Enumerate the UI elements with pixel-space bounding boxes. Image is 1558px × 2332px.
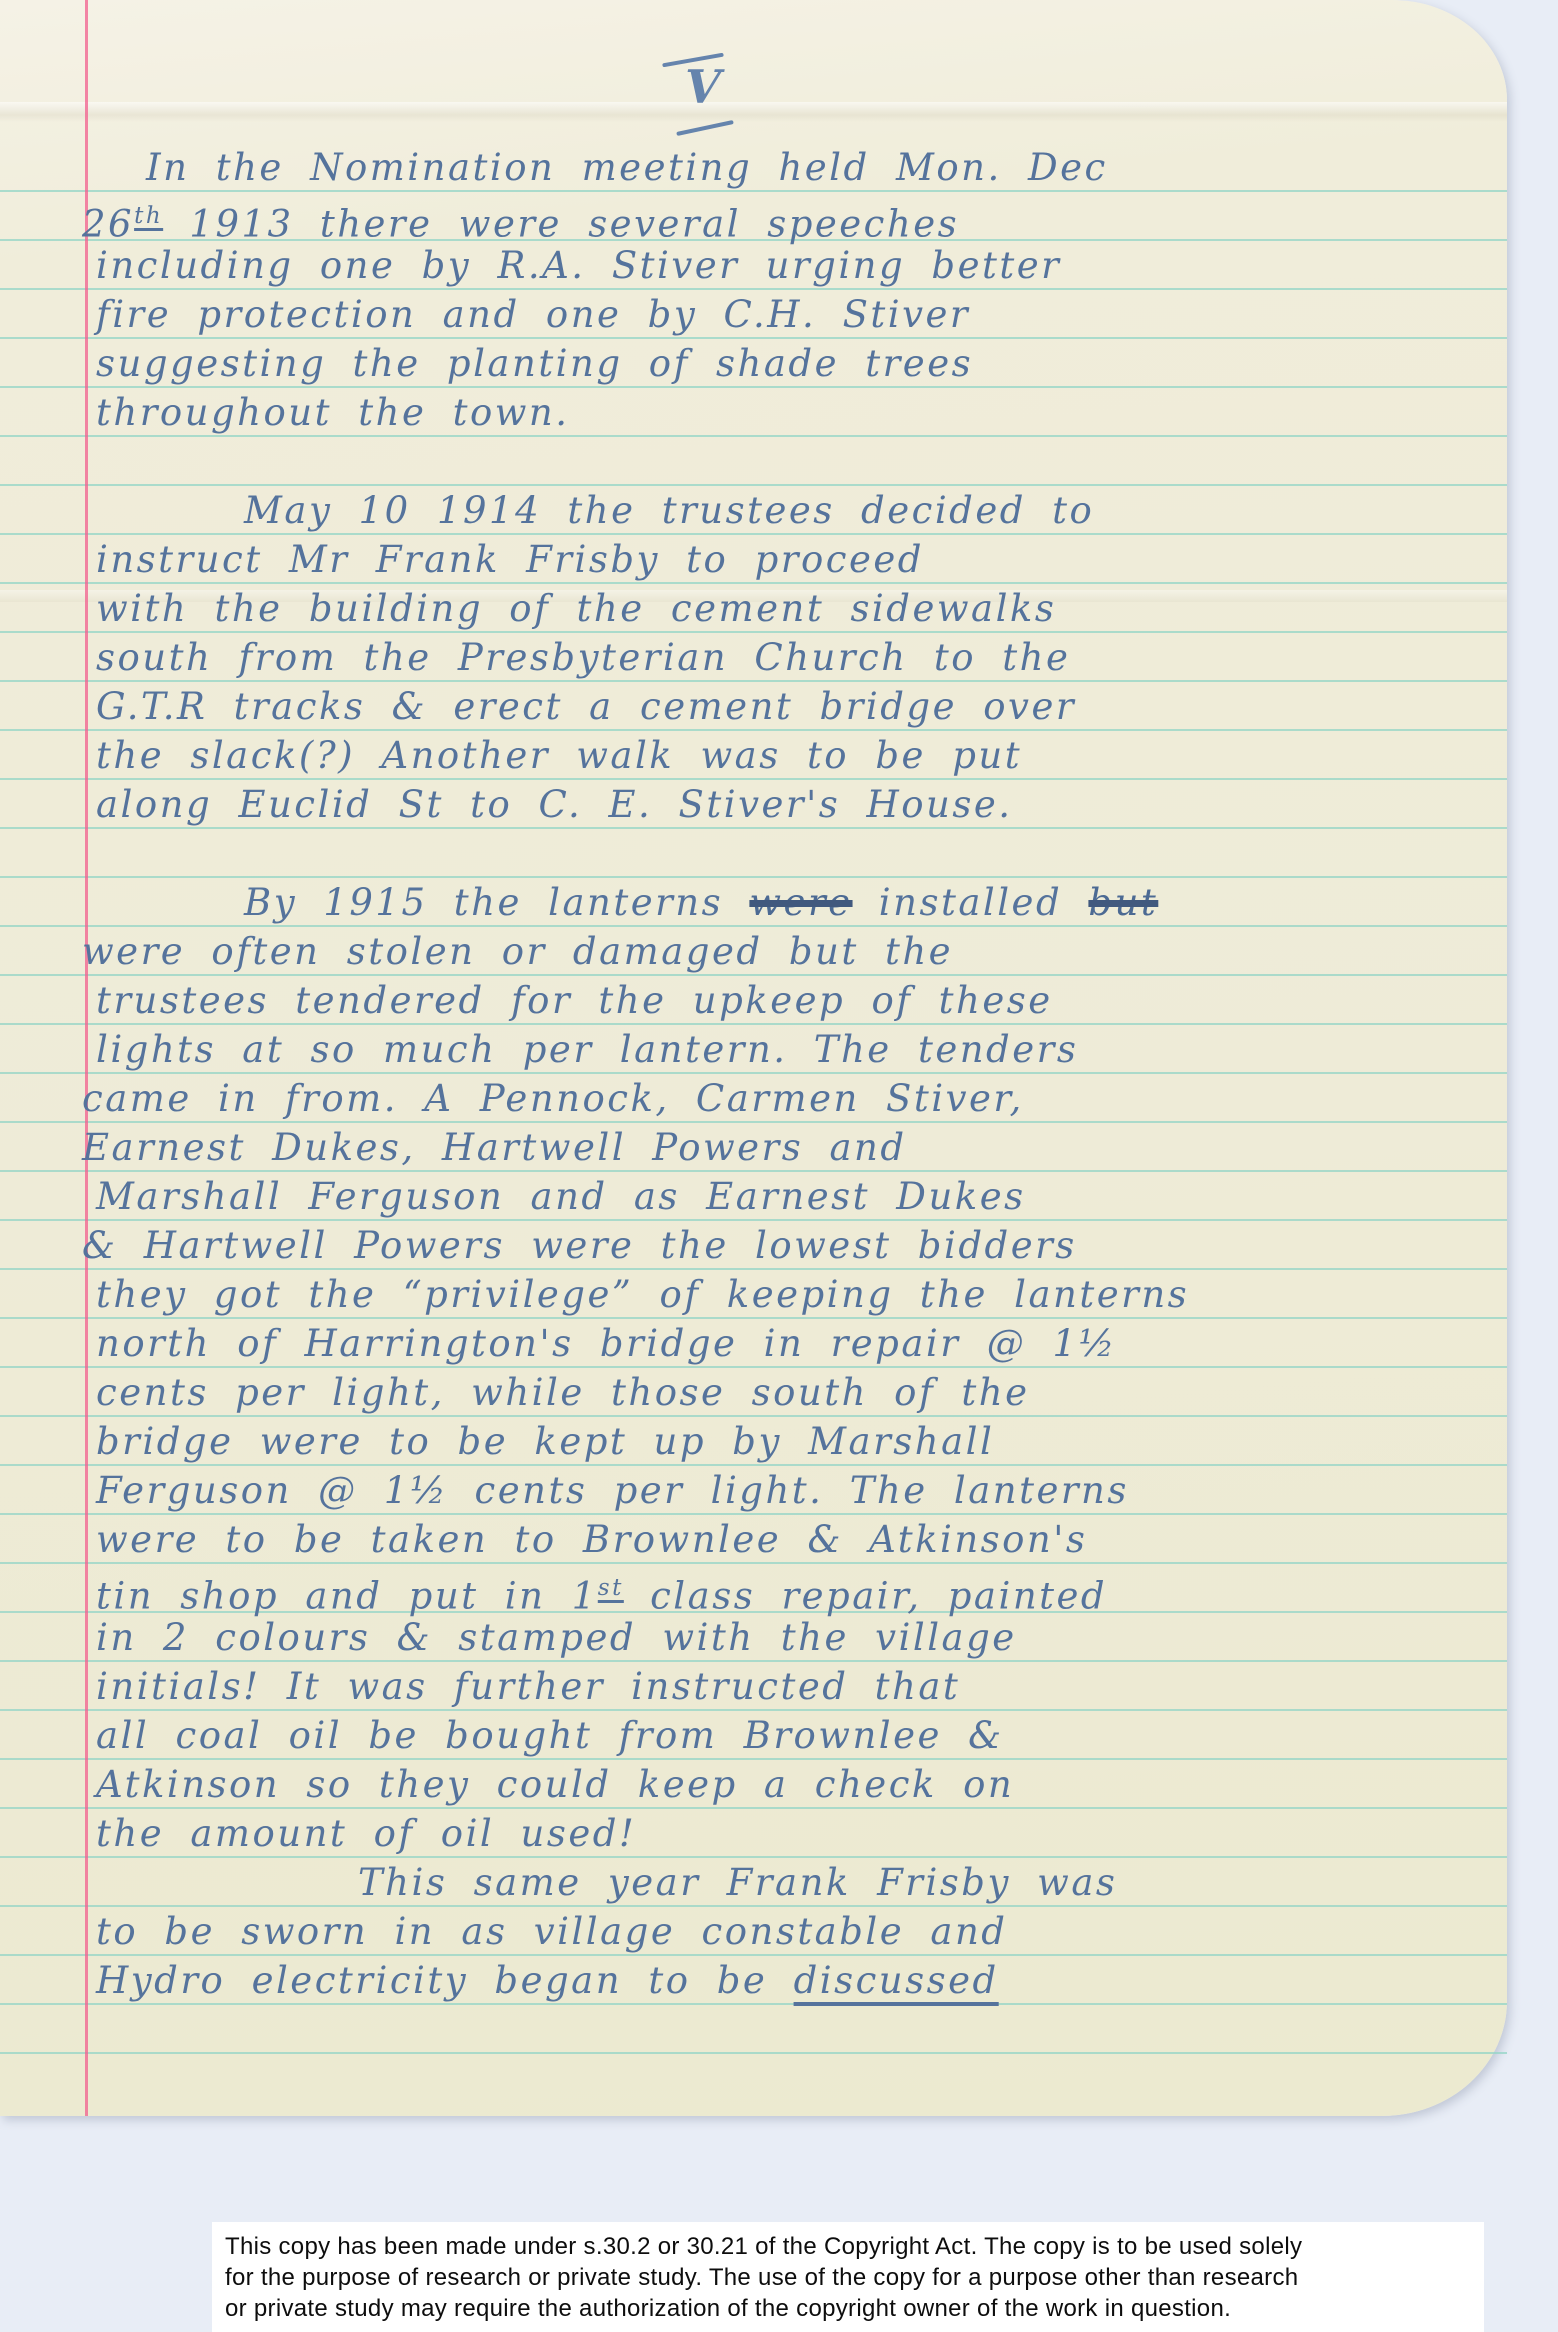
handwritten-line: came in from. A Pennock, Carmen Stiver, <box>82 1074 1496 1123</box>
handwritten-line: instruct Mr Frank Frisby to proceed <box>96 535 1496 584</box>
copyright-line: or private study may require the authori… <box>225 2293 1484 2324</box>
handwritten-line: initials! It was further instructed that <box>96 1662 1496 1711</box>
handwritten-line: May 10 1914 the trustees decided to <box>96 486 1496 535</box>
handwritten-line: In the Nomination meeting held Mon. Dec <box>96 143 1496 192</box>
handwritten-line: fire protection and one by C.H. Stiver <box>96 290 1496 339</box>
handwritten-line: were to be taken to Brownlee & Atkinson'… <box>96 1515 1496 1564</box>
line-text: By 1915 the lanterns <box>244 881 749 924</box>
copyright-line: This copy has been made under s.30.2 or … <box>225 2231 1484 2262</box>
handwritten-line: Atkinson so they could keep a check on <box>96 1760 1496 1809</box>
handwritten-line: Hydro electricity began to be discussed <box>96 1956 1496 2005</box>
handwritten-line: G.T.R tracks & erect a cement bridge ove… <box>96 682 1496 731</box>
handwritten-line: Earnest Dukes, Hartwell Powers and <box>82 1123 1496 1172</box>
line-text: class repair, painted <box>624 1574 1107 1617</box>
handwritten-line: Marshall Ferguson and as Earnest Dukes <box>96 1172 1496 1221</box>
superscript-st: st <box>598 1575 624 1601</box>
handwritten-line: were often stolen or damaged but the <box>82 927 1496 976</box>
handwritten-line: the slack(?) Another walk was to be put <box>96 731 1496 780</box>
handwritten-line: all coal oil be bought from Brownlee & <box>96 1711 1496 1760</box>
paragraph-lanterns-1915: By 1915 the lanterns were installed but … <box>96 878 1496 1858</box>
line-text: Hydro electricity began to be <box>96 1959 794 2002</box>
handwritten-line: throughout the town. <box>96 388 1496 437</box>
handwritten-line: north of Harrington's bridge in repair @… <box>96 1319 1496 1368</box>
handwritten-line: cents per light, while those south of th… <box>96 1368 1496 1417</box>
handwritten-line: the amount of oil used! <box>96 1809 1496 1858</box>
handwritten-line: including one by R.A. Stiver urging bett… <box>96 241 1496 290</box>
copyright-notice: This copy has been made under s.30.2 or … <box>212 2222 1484 2332</box>
handwritten-line: & Hartwell Powers were the lowest bidder… <box>82 1221 1496 1270</box>
handwritten-line: south from the Presbyterian Church to th… <box>96 633 1496 682</box>
underlined-word: discussed <box>794 1959 999 2002</box>
paper-crease-top <box>0 102 1507 122</box>
paragraph-constable-hydro: This same year Frank Frisby was to be sw… <box>96 1858 1496 2005</box>
margin-line <box>85 0 88 2116</box>
handwritten-line: This same year Frank Frisby was <box>96 1858 1496 1907</box>
handwritten-line: along Euclid St to C. E. Stiver's House. <box>96 780 1496 829</box>
superscript-th: th <box>134 203 163 229</box>
scanned-document-page: { "page_number": "V", "colors": { "ink":… <box>0 0 1558 2332</box>
paragraph-sidewalks-1914: May 10 1914 the trustees decided to inst… <box>96 486 1496 829</box>
line-text: installed <box>853 881 1089 924</box>
handwritten-line: to be sworn in as village constable and <box>96 1907 1496 1956</box>
handwritten-line: with the building of the cement sidewalk… <box>96 584 1496 633</box>
page-number-roman-numeral: V <box>668 52 738 132</box>
paragraph-nomination-meeting: In the Nomination meeting held Mon. Dec … <box>96 143 1496 437</box>
handwritten-line: By 1915 the lanterns were installed but <box>96 878 1496 927</box>
handwritten-line: lights at so much per lantern. The tende… <box>96 1025 1496 1074</box>
handwritten-line: bridge were to be kept up by Marshall <box>96 1417 1496 1466</box>
handwritten-line: 26th 1913 there were several speeches <box>82 192 1496 241</box>
handwritten-line: in 2 colours & stamped with the village <box>96 1613 1496 1662</box>
handwritten-line: tin shop and put in 1st class repair, pa… <box>96 1564 1496 1613</box>
struck-word: but <box>1088 881 1158 924</box>
struck-word: were <box>749 881 852 924</box>
line-text: tin shop and put in 1 <box>96 1574 598 1617</box>
line-text: 1913 there were several speeches <box>163 202 959 245</box>
line-text: 26 <box>82 202 134 245</box>
handwritten-text: In the Nomination meeting held Mon. Dec … <box>96 143 1496 2005</box>
handwritten-line: trustees tendered for the upkeep of thes… <box>96 976 1496 1025</box>
handwritten-line: suggesting the planting of shade trees <box>96 339 1496 388</box>
copyright-line: for the purpose of research or private s… <box>225 2262 1484 2293</box>
handwritten-line: Ferguson @ 1½ cents per light. The lante… <box>96 1466 1496 1515</box>
handwritten-line: they got the “privilege” of keeping the … <box>96 1270 1496 1319</box>
